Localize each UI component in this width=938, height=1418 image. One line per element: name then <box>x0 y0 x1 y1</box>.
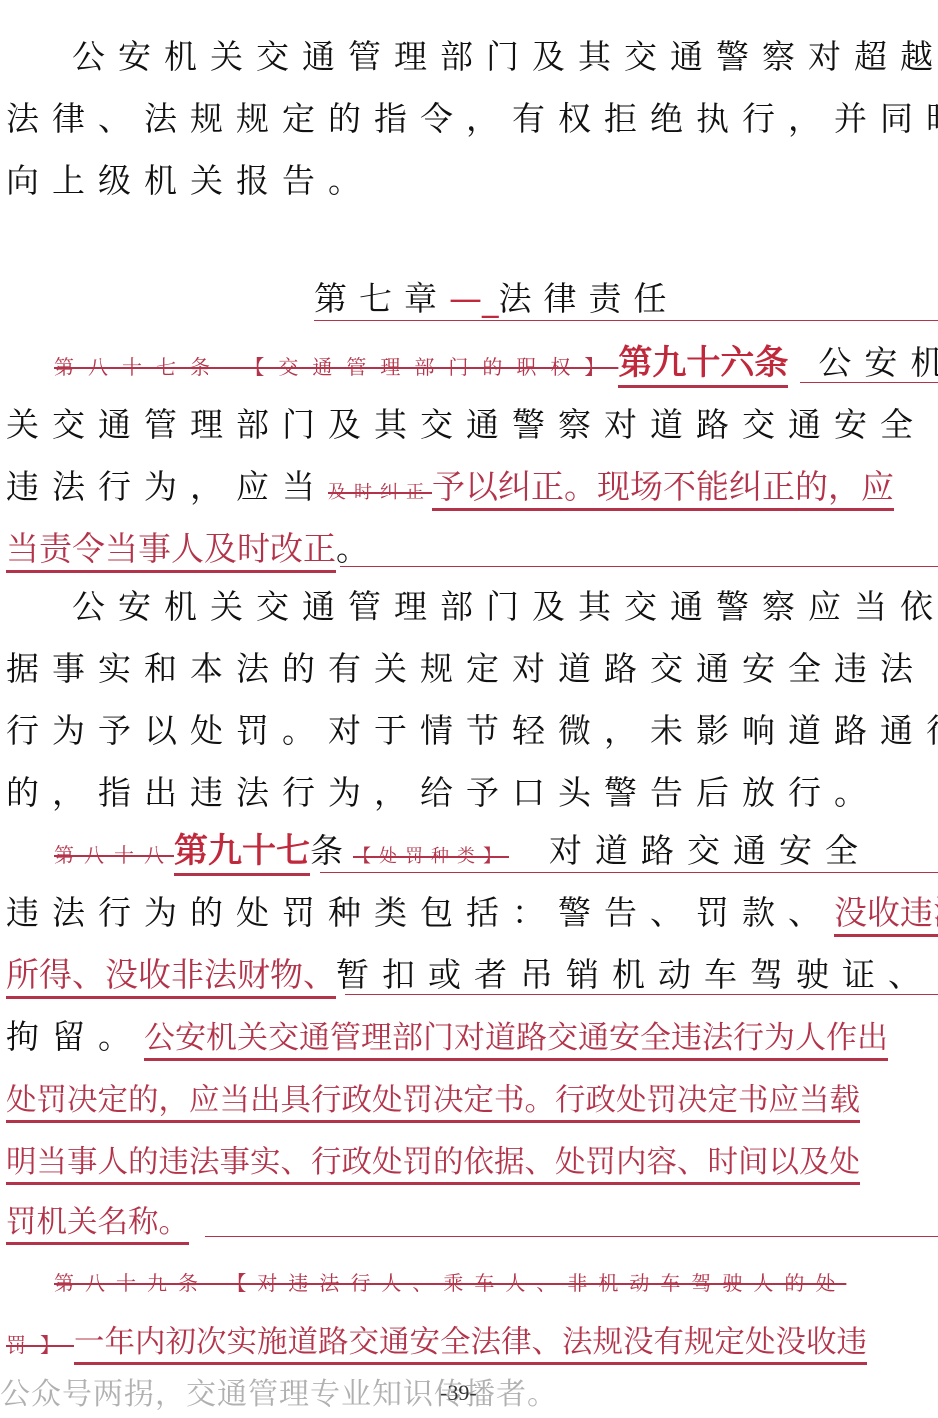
article-96-line-1: 第八十七条 【交通管理部门的职权】第九十六条公安机 <box>6 332 938 394</box>
article-97-line-6: 明当事人的违法事实、行政处罚的依据、处罚内容、时间以及处 <box>6 1130 938 1192</box>
revision-rule <box>205 1236 938 1237</box>
deleted-article-heading: 罚】 <box>6 1333 74 1357</box>
chapter-dash-underscore: _ <box>482 279 499 318</box>
article-97-line-3: 所得、没收非法财物、暂扣或者吊销机动车驾驶证、 <box>6 944 938 1006</box>
chapter-dash: — <box>449 279 482 318</box>
inserted-text: 当责令当事人及时改正 <box>6 529 336 573</box>
article-suffix: 条 <box>310 831 343 870</box>
article-text: 违法行为的处罚种类包括：警告、罚款、 <box>6 893 834 932</box>
article-text: 对道路交通安全 <box>509 831 871 870</box>
inserted-text: 处罚决定的，应当出具行政处罚决定书。行政处罚决定书应当载 <box>6 1083 860 1123</box>
article-number: 第九十七 <box>174 831 310 876</box>
para2-line-3: 行为予以处罚。对于情节轻微，未影响道路通行 <box>6 700 938 762</box>
inserted-text: 没收违法 <box>834 893 938 937</box>
inserted-text: 一年内初次实施道路交通安全法律、法规没有规定处没收违 <box>74 1325 867 1365</box>
page-number: -39- <box>440 1380 477 1406</box>
deleted-article-heading: 第八十七条 【交通管理部门的职权】 <box>54 355 618 379</box>
inserted-text: 罚机关名称。 <box>6 1205 189 1245</box>
inserted-text: 予以纠正。现场不能纠正的，应 <box>432 467 894 511</box>
article-96-line-3: 违法行为，应当及时纠正予以纠正。现场不能纠正的，应 <box>6 456 938 518</box>
article-97-line-2: 违法行为的处罚种类包括：警告、罚款、没收违法 <box>6 882 938 944</box>
deleted-article-heading: 第八十九条 【对违法行人、乘车人、非机动车驾驶人的处 <box>54 1271 846 1295</box>
deleted-article-heading: 【处罚种类】 <box>353 846 509 867</box>
article-text: 公安机 <box>788 343 938 382</box>
intro-line-3: 向上级机关报告。 <box>6 150 938 212</box>
para2-line-2: 据事实和本法的有关规定对道路交通安全违法 <box>6 638 938 700</box>
revision-rule <box>340 566 938 567</box>
deleted-article-number: 第八十八 <box>54 843 174 867</box>
inserted-text: 所得、没收非法财物、 <box>6 955 336 999</box>
revision-rule <box>800 382 938 383</box>
inserted-text: 明当事人的违法事实、行政处罚的依据、处罚内容、时间以及处 <box>6 1145 860 1185</box>
article-number: 第九十六条 <box>618 343 788 388</box>
article-96-line-2: 关交通管理部门及其交通警察对道路交通安全 <box>6 394 938 456</box>
article-97-line-4: 拘留。公安机关交通管理部门对道路交通安全违法行为人作出 <box>6 1006 938 1068</box>
article-97-line-7: 罚机关名称。 <box>6 1190 938 1252</box>
article-text: 暂扣或者吊销机动车驾驶证、 <box>336 955 934 994</box>
article-97-line-5: 处罚决定的，应当出具行政处罚决定书。行政处罚决定书应当载 <box>6 1068 938 1130</box>
article-text: 。 <box>336 529 382 568</box>
deleted-text: 及时纠正 <box>328 482 432 503</box>
revision-rule <box>314 320 938 321</box>
article-96-line-4: 当责令当事人及时改正。 <box>6 518 938 580</box>
intro-line-2: 法律、法规规定的指令，有权拒绝执行，并同时 <box>6 88 938 150</box>
article-text: 拘留。 <box>6 1017 144 1056</box>
revision-rule <box>320 872 938 873</box>
chapter-number: 第七章 <box>314 279 449 318</box>
para2-line-1: 公安机关交通管理部门及其交通警察应当依 <box>6 576 938 638</box>
article-98-line-1: 第八十九条 【对违法行人、乘车人、非机动车驾驶人的处 <box>6 1248 938 1310</box>
article-98-line-2: 罚】一年内初次实施道路交通安全法律、法规没有规定处没收违 <box>6 1310 938 1372</box>
revision-rule <box>345 994 938 995</box>
para2-line-4: 的，指出违法行为，给予口头警告后放行。 <box>6 762 938 824</box>
intro-line-1: 公安机关交通管理部门及其交通警察对超越 <box>6 26 938 88</box>
inserted-text: 公安机关交通管理部门对道路交通安全违法行为人作出 <box>144 1020 888 1061</box>
article-text: 违法行为，应当 <box>6 467 328 506</box>
chapter-title: 法律责任 <box>499 279 679 318</box>
